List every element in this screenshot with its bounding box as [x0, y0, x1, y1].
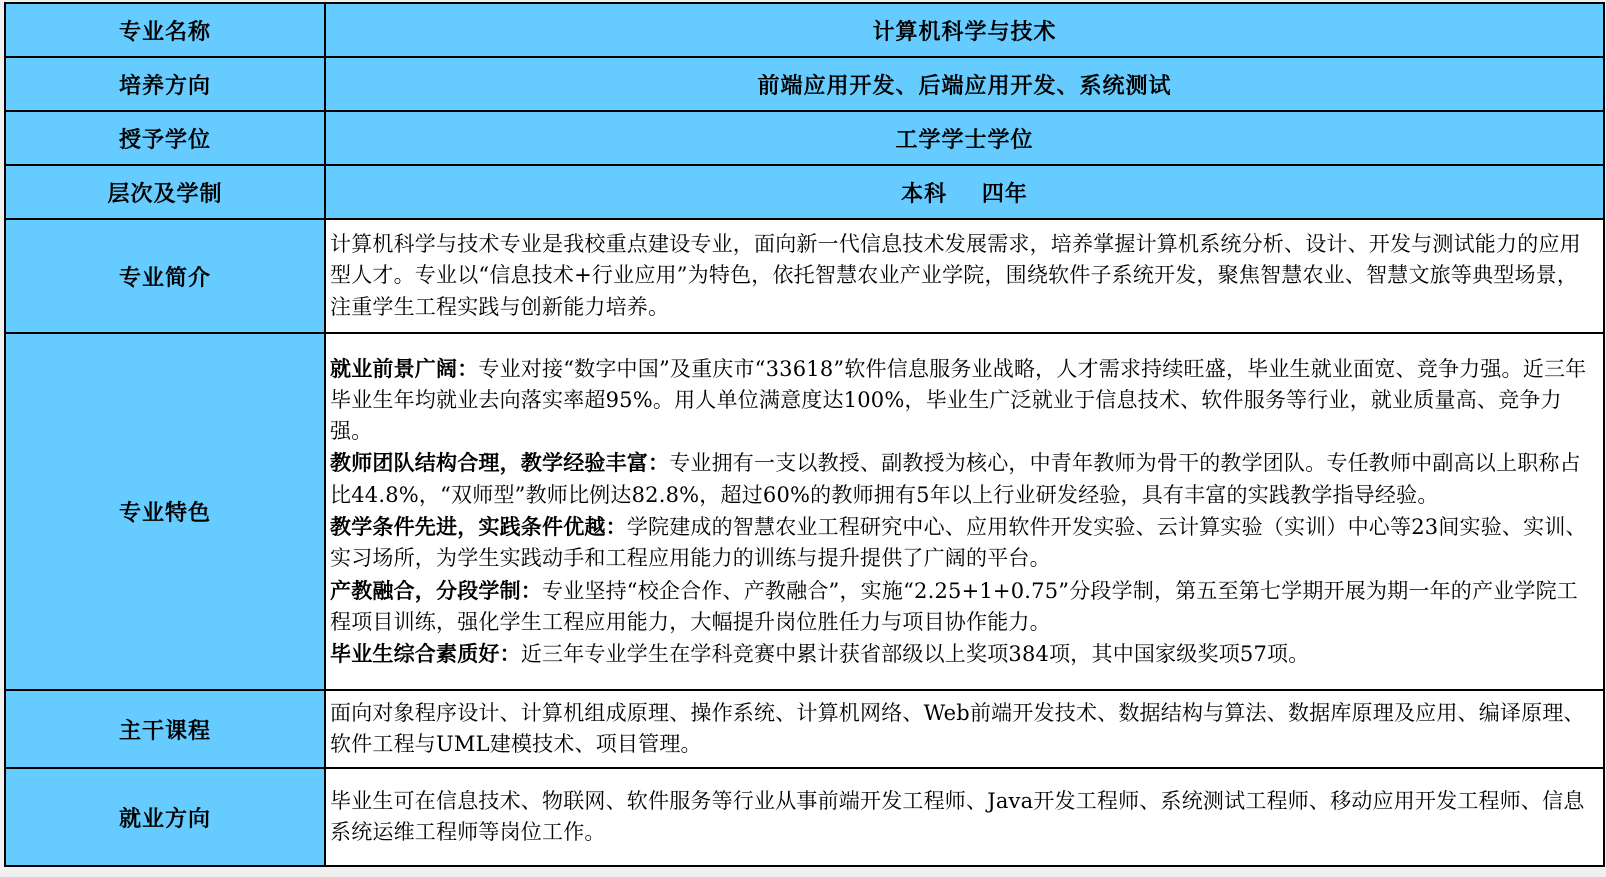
feature-text: 专业对接“数字中国”及重庆市“33618”软件信息服务业战略，人才需求持续旺盛，… — [330, 357, 1586, 444]
row-jobs: 就业方向 毕业生可在信息技术、物联网、软件服务等行业从事前端开发工程师、Java… — [5, 768, 1604, 866]
label-jobs[interactable]: 就业方向 — [5, 768, 325, 866]
row-degree: 授予学位 工学学士学位 — [5, 111, 1604, 165]
row-intro: 专业简介 计算机科学与技术专业是我校重点建设专业，面向新一代信息技术发展需求，培… — [5, 219, 1604, 333]
label-program-name[interactable]: 专业名称 — [5, 3, 325, 57]
label-intro[interactable]: 专业简介 — [5, 219, 325, 333]
feature-text: 近三年专业学生在学科竞赛中累计获省部级以上奖项384项，其中国家级奖项57项。 — [521, 642, 1310, 666]
row-courses: 主干课程 面向对象程序设计、计算机组成原理、操作系统、计算机网络、Web前端开发… — [5, 690, 1604, 768]
row-direction: 培养方向 前端应用开发、后端应用开发、系统测试 — [5, 57, 1604, 111]
feature-item: 产教融合，分段学制：专业坚持“校企合作、产教融合”，实施“2.25+1+0.75… — [330, 575, 1593, 639]
value-jobs[interactable]: 毕业生可在信息技术、物联网、软件服务等行业从事前端开发工程师、Java开发工程师… — [325, 768, 1604, 866]
level-gap — [947, 181, 982, 207]
feature-item: 毕业生综合素质好：近三年专业学生在学科竞赛中累计获省部级以上奖项384项，其中国… — [330, 638, 1593, 670]
feature-title: 毕业生综合素质好： — [330, 641, 521, 666]
value-intro[interactable]: 计算机科学与技术专业是我校重点建设专业，面向新一代信息技术发展需求，培养掌握计算… — [325, 219, 1604, 333]
program-info-table: 专业名称 计算机科学与技术 培养方向 前端应用开发、后端应用开发、系统测试 授予… — [4, 2, 1605, 867]
feature-title: 产教融合，分段学制： — [330, 578, 542, 603]
level-text: 本科 — [901, 181, 947, 207]
value-features[interactable]: 就业前景广阔：专业对接“数字中国”及重庆市“33618”软件信息服务业战略，人才… — [325, 333, 1604, 690]
feature-title: 就业前景广阔： — [330, 356, 478, 381]
label-courses[interactable]: 主干课程 — [5, 690, 325, 768]
years-text: 四年 — [982, 181, 1028, 207]
label-direction[interactable]: 培养方向 — [5, 57, 325, 111]
value-courses[interactable]: 面向对象程序设计、计算机组成原理、操作系统、计算机网络、Web前端开发技术、数据… — [325, 690, 1604, 768]
value-program-name[interactable]: 计算机科学与技术 — [325, 3, 1604, 57]
feature-title: 教学条件先进，实践条件优越： — [330, 514, 627, 539]
row-program-name: 专业名称 计算机科学与技术 — [5, 3, 1604, 57]
value-degree[interactable]: 工学学士学位 — [325, 111, 1604, 165]
label-degree[interactable]: 授予学位 — [5, 111, 325, 165]
row-level: 层次及学制 本科 四年 — [5, 165, 1604, 219]
feature-title: 教师团队结构合理，教学经验丰富： — [330, 450, 669, 475]
value-level[interactable]: 本科 四年 — [325, 165, 1604, 219]
feature-item: 教学条件先进，实践条件优越：学院建成的智慧农业工程研究中心、应用软件开发实验、云… — [330, 511, 1593, 575]
label-level[interactable]: 层次及学制 — [5, 165, 325, 219]
row-features: 专业特色 就业前景广阔：专业对接“数字中国”及重庆市“33618”软件信息服务业… — [5, 333, 1604, 690]
label-features[interactable]: 专业特色 — [5, 333, 325, 690]
value-direction[interactable]: 前端应用开发、后端应用开发、系统测试 — [325, 57, 1604, 111]
program-info-sheet: 专业名称 计算机科学与技术 培养方向 前端应用开发、后端应用开发、系统测试 授予… — [4, 2, 1605, 867]
feature-item: 就业前景广阔：专业对接“数字中国”及重庆市“33618”软件信息服务业战略，人才… — [330, 353, 1593, 448]
feature-item: 教师团队结构合理，教学经验丰富：专业拥有一支以教授、副教授为核心，中青年教师为骨… — [330, 447, 1593, 511]
